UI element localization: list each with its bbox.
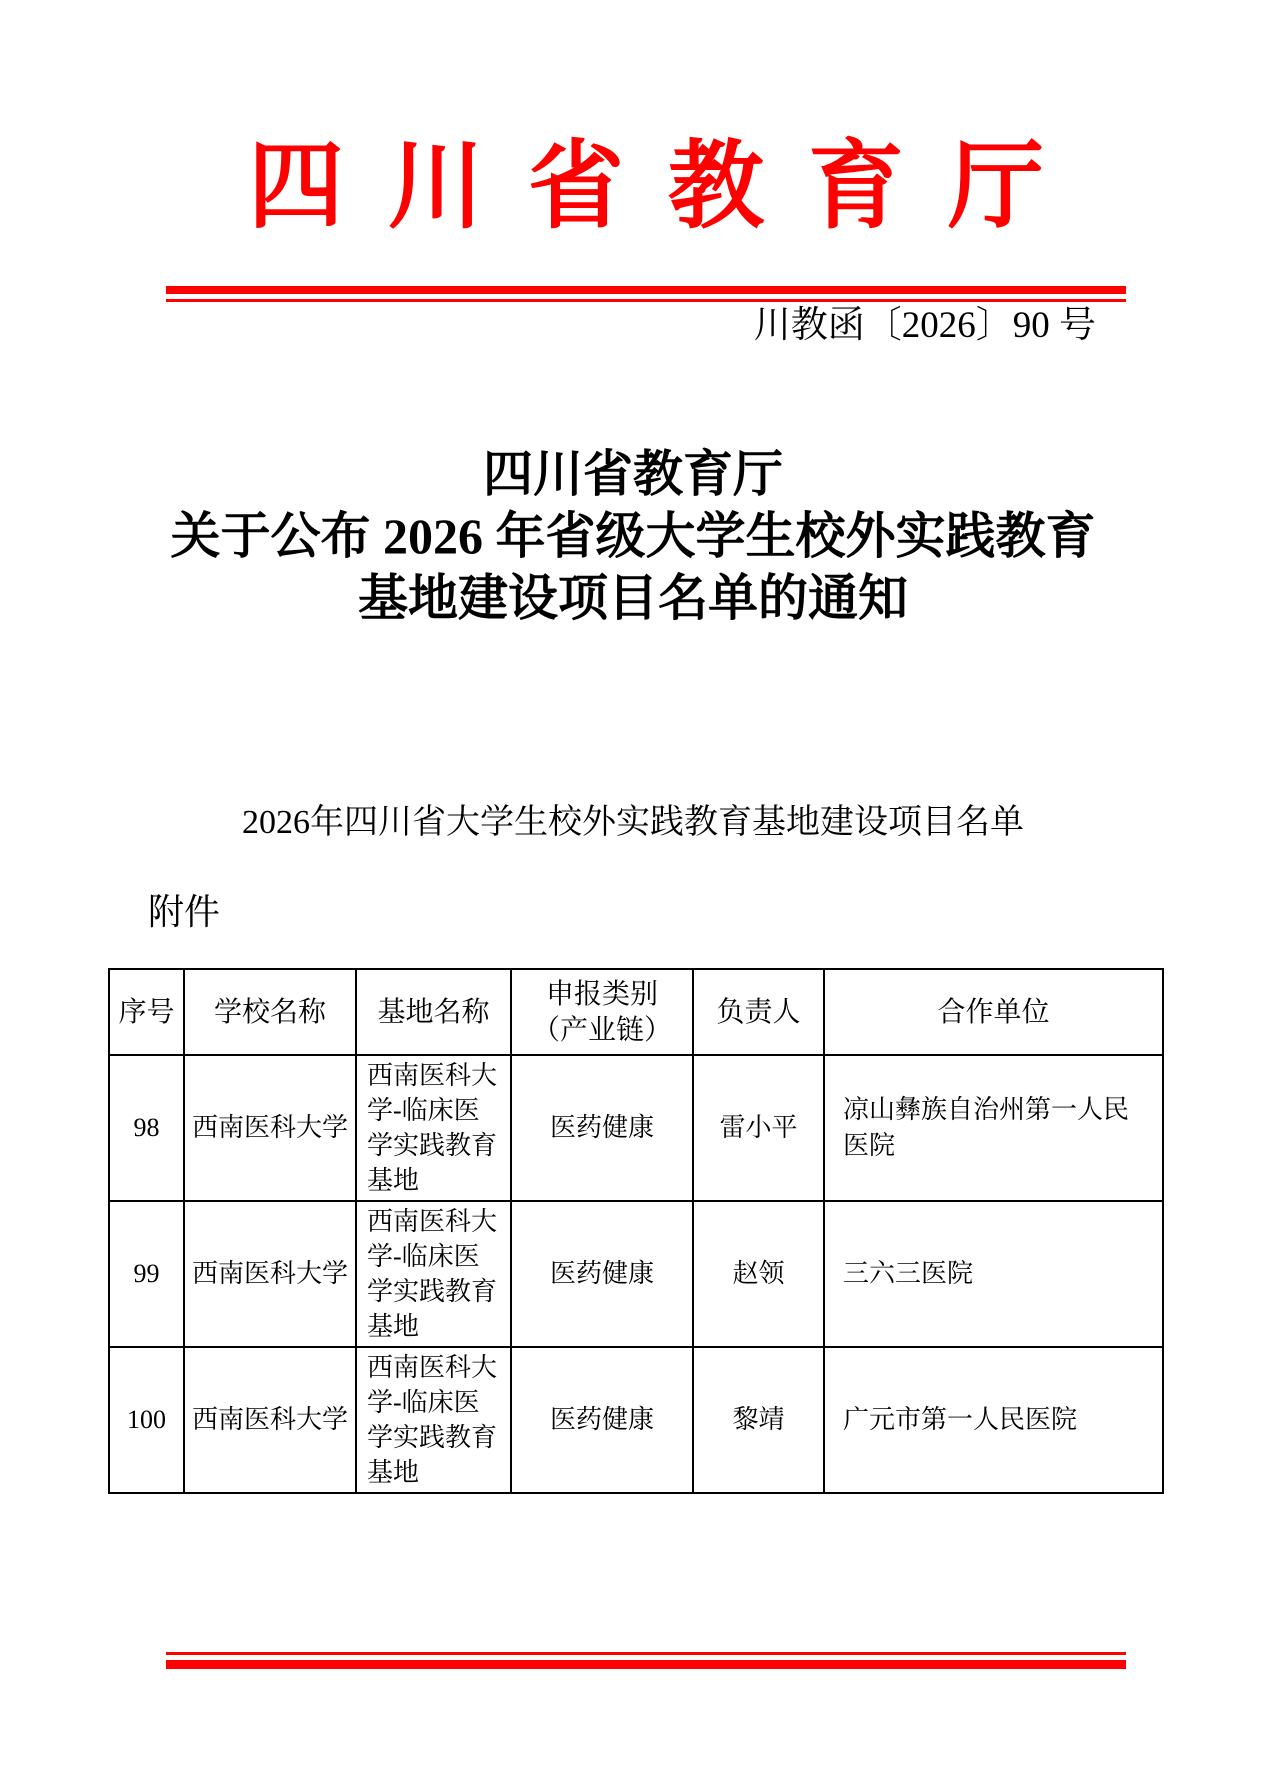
notice-title-line-2: 关于公布 2026 年省级大学生校外实践教育 — [103, 505, 1163, 567]
table-row: 100 西南医科大学 西南医科大学-临床医学实践教育基地 医药健康 黎靖 广元市… — [109, 1347, 1163, 1493]
document-page: 四川省教育厅 川教函〔2026〕90 号 四川省教育厅 关于公布 2026 年省… — [0, 0, 1266, 1790]
header-person-in-charge: 负责人 — [693, 969, 824, 1055]
cell-school-name: 西南医科大学 — [184, 1055, 356, 1201]
cell-base-name: 西南医科大学-临床医学实践教育基地 — [356, 1201, 511, 1347]
notice-title: 四川省教育厅 关于公布 2026 年省级大学生校外实践教育 基地建设项目名单的通… — [103, 443, 1163, 629]
cell-serial-number: 98 — [109, 1055, 184, 1201]
cell-application-category: 医药健康 — [511, 1055, 693, 1201]
header-partner-unit: 合作单位 — [824, 969, 1163, 1055]
list-subtitle: 2026年四川省大学生校外实践教育基地建设项目名单 — [103, 802, 1163, 844]
cell-partner-unit: 凉山彝族自治州第一人民医院 — [824, 1055, 1163, 1201]
notice-title-line-3: 基地建设项目名单的通知 — [103, 567, 1163, 629]
cell-base-name: 西南医科大学-临床医学实践教育基地 — [356, 1347, 511, 1493]
agency-masthead-title: 四川省教育厅 — [166, 132, 1126, 242]
cell-person-in-charge: 雷小平 — [693, 1055, 824, 1201]
cell-application-category: 医药健康 — [511, 1347, 693, 1493]
header-application-category: 申报类别 （产业链） — [511, 969, 693, 1055]
header-school-name: 学校名称 — [184, 969, 356, 1055]
header-rule-thick — [166, 286, 1126, 294]
cell-application-category: 医药健康 — [511, 1201, 693, 1347]
cell-partner-unit: 三六三医院 — [824, 1201, 1163, 1347]
cell-school-name: 西南医科大学 — [184, 1201, 356, 1347]
header-base-name: 基地名称 — [356, 969, 511, 1055]
header-rule-thin — [166, 299, 1126, 302]
cell-person-in-charge: 赵领 — [693, 1201, 824, 1347]
header-application-category-line-1: 申报类别 — [516, 976, 688, 1012]
table-row: 98 西南医科大学 西南医科大学-临床医学实践教育基地 医药健康 雷小平 凉山彝… — [109, 1055, 1163, 1201]
attachment-label: 附件 — [148, 890, 220, 934]
document-number: 川教函〔2026〕90 号 — [166, 304, 1096, 348]
table-header-row: 序号 学校名称 基地名称 申报类别 （产业链） 负责人 合作单位 — [109, 969, 1163, 1055]
footer-rule-thin — [166, 1652, 1126, 1655]
header-serial-number: 序号 — [109, 969, 184, 1055]
cell-person-in-charge: 黎靖 — [693, 1347, 824, 1493]
cell-serial-number: 100 — [109, 1347, 184, 1493]
cell-partner-unit: 广元市第一人民医院 — [824, 1347, 1163, 1493]
header-application-category-line-2: （产业链） — [516, 1012, 688, 1048]
cell-serial-number: 99 — [109, 1201, 184, 1347]
cell-base-name: 西南医科大学-临床医学实践教育基地 — [356, 1055, 511, 1201]
notice-title-line-1: 四川省教育厅 — [103, 443, 1163, 505]
cell-school-name: 西南医科大学 — [184, 1347, 356, 1493]
project-list-table: 序号 学校名称 基地名称 申报类别 （产业链） 负责人 合作单位 98 西南医科… — [108, 968, 1164, 1494]
table-row: 99 西南医科大学 西南医科大学-临床医学实践教育基地 医药健康 赵领 三六三医… — [109, 1201, 1163, 1347]
footer-rule-thick — [166, 1660, 1126, 1669]
